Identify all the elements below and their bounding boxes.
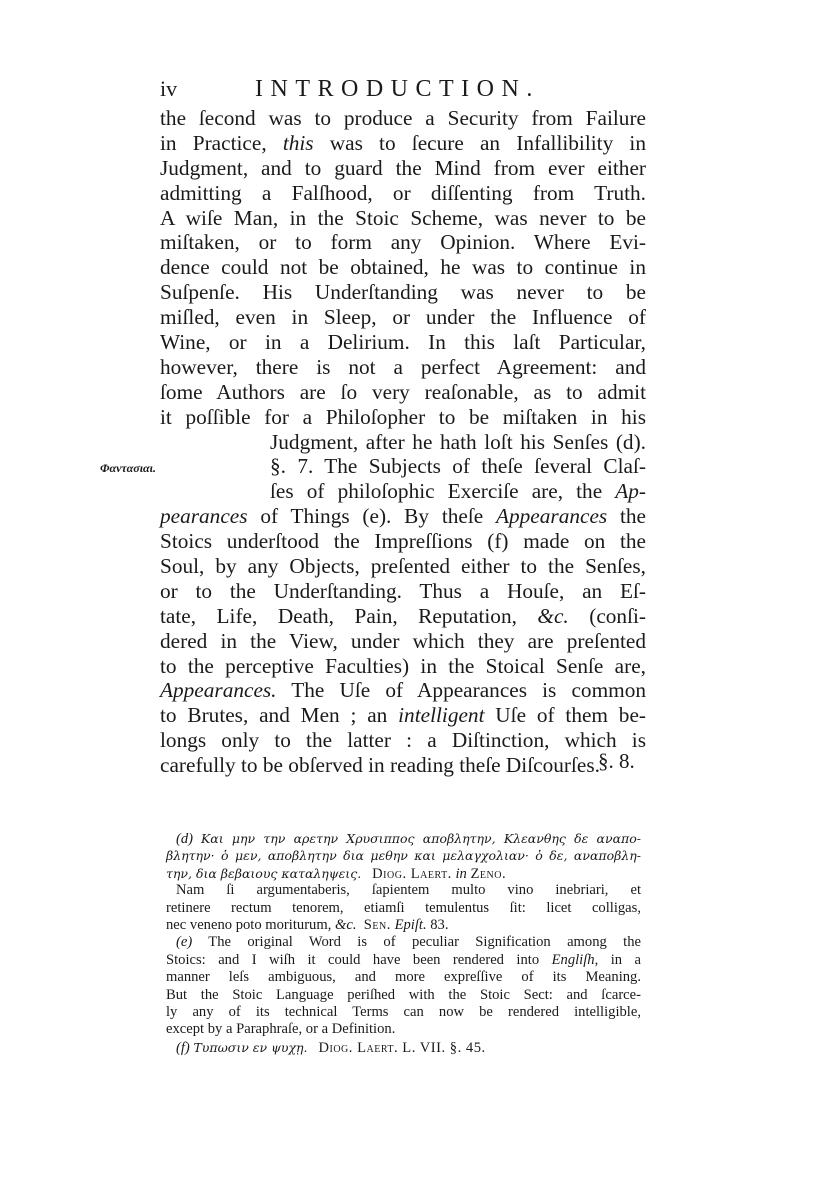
footnote-e-line: (e) The original Word is of peculiar Sig… [166,934,641,951]
body-line: to the perceptive Faculties) in the Stoi… [160,654,646,679]
margin-note: Φαντασιαι. [100,461,156,476]
body-line: dence could not be obtained, he was to c… [160,255,646,280]
footnotes: (d) Και μην την αρετην Χρυσιππος αποβλητ… [166,830,641,1056]
body-line: Appearances. The Uſe of Appearances is c… [160,678,646,703]
body-line: to Brutes, and Men ; an intelligent Uſe … [160,703,646,728]
body-line: the ſecond was to produce a Security fro… [160,106,646,131]
footnote-e-line: manner leſs ambiguous, and more expreſſi… [166,969,641,986]
italic-run: &c. [537,604,568,628]
footnote-d-latin: Nam ſi argumentaberis, ſapientem multo v… [166,882,641,899]
citation-in: in [455,866,466,882]
text-run: The original Word is of peculiar Signifi… [192,934,641,950]
body-line: Judgment, after he hath loſt his Senſes … [160,430,646,455]
text-run: of Things (e). By theſe [248,504,496,528]
footnote-d-latin: nec veneno poto moriturum, &c. Sen. Epiſ… [166,917,641,934]
book-page: iv INTRODUCTION. Φαντασιαι. the ſecond w… [0,0,840,1191]
citation: Diog. Laert. L. VII. §. 45. [318,1040,485,1056]
chapter-title: INTRODUCTION. [255,76,540,103]
text-run: was to ſecure an Infallibility in [314,131,646,155]
catchword: §. 8. [598,749,635,774]
text-run: , in a [595,952,641,968]
page-number: iv [160,76,177,102]
body-line: Suſpenſe. His Underſtanding was never to… [160,280,646,305]
body-line: carefully to be obſerved in reading theſ… [160,753,646,778]
body-line: A wiſe Man, in the Stoic Scheme, was nev… [160,206,646,231]
body-line: Soul, by any Objects, preſented either t… [160,554,646,579]
text-run: Stoics: and I wiſh it could have been re… [166,952,552,968]
body-line: Stoics underſtood the Impreſſions (f) ma… [160,529,646,554]
body-line: tate, Life, Death, Pain, Reputation, &c.… [160,604,646,629]
body-line: admitting a Falſhood, or diſſenting from… [160,181,646,206]
footnote-marker: (e) [176,934,192,950]
citation-epist: Epiſt. [395,917,427,933]
footnote-marker: (f) [176,1040,190,1056]
body-line: Judgment, and to guard the Mind from eve… [160,156,646,181]
italic-run: intelligent [398,703,484,727]
text-run: (conſi- [569,604,646,628]
text-run: The Uſe of Appearances is common [277,678,646,702]
citation-name: Zeno. [471,866,507,882]
footnote-e-line: Stoics: and I wiſh it could have been re… [166,952,641,969]
greek-text: την, δια βεβαιους καταληψεις. [166,866,361,881]
footnote-d-latin: retinere rectum tenorem, etiamſi temulen… [166,900,641,917]
greek-text: Και μην την αρετην Χρυσιππος αποβλητην, … [201,831,641,846]
body-line: longs only to the latter : a Diſtinction… [160,728,646,753]
text-run: in Practice, [160,131,283,155]
footnote-marker: (d) [176,831,193,847]
body-line: dered in the View, under which they are … [160,629,646,654]
citation-num: 83. [430,917,448,933]
text-run: Uſe of them be- [485,703,647,727]
greek-text: βλητην· ὁ μεν, αποβλητην δια μεθην και μ… [166,848,641,863]
text-run: the [607,504,646,528]
italic-run: Engliſh [552,952,595,968]
footnote-d-line: (d) Και μην την αρετην Χρυσιππος αποβλητ… [166,830,641,847]
text-run: ſes of philoſophic Exerciſe are, the [270,479,615,503]
footnote-f-line: (f) Τυπωσιν εν ψυχῃ. Diog. Laert. L. VII… [166,1039,641,1056]
citation: Diog. Laert. [372,866,452,882]
body-line: in Practice, this was to ſecure an Infal… [160,131,646,156]
footnote-d-line: βλητην· ὁ μεν, αποβλητην δια μεθην και μ… [166,847,641,864]
italic-run: Ap- [615,479,646,503]
italic-run: &c. [335,917,356,933]
italic-run: pearances [160,504,248,528]
body-line: ſes of philoſophic Exerciſe are, the Ap- [160,479,646,504]
greek-text: Τυπωσιν εν ψυχῃ. [193,1040,307,1055]
running-head: iv INTRODUCTION. [160,76,646,106]
text-run: to Brutes, and Men ; an [160,703,398,727]
body-line: miſled, even in Sleep, or under the Infl… [160,305,646,330]
footnote-d-line: την, δια βεβαιους καταληψεις. Diog. Laer… [166,865,641,882]
footnote-e-line: ly any of its technical Terms can now be… [166,1004,641,1021]
citation: Sen. [364,917,391,933]
body-line: ſome Authors are ſo very reaſonable, as … [160,380,646,405]
body-line: Wine, or in a Delirium. In this laſt Par… [160,330,646,355]
section-heading-line: §. 7. The Subjects of theſe ſeveral Claſ… [160,454,646,479]
italic-run: Appearances. [160,678,277,702]
italic-run: this [283,131,314,155]
body-line: however, there is not a perfect Agreemen… [160,355,646,380]
footnote-e-line: But the Stoic Language periſhed with the… [166,987,641,1004]
italic-run: Appearances [496,504,607,528]
body-line: pearances of Things (e). By theſe Appear… [160,504,646,529]
body-text: the ſecond was to produce a Security fro… [160,106,646,778]
body-line: miſtaken, or to form any Opinion. Where … [160,230,646,255]
body-line: it poſſible for a Philoſopher to be miſt… [160,405,646,430]
text-run: nec veneno poto moriturum, [166,917,335,933]
footnote-e-line: except by a Paraphraſe, or a Definition. [166,1021,641,1038]
body-line: or to the Underſtanding. Thus a Houſe, a… [160,579,646,604]
text-run: tate, Life, Death, Pain, Reputation, [160,604,537,628]
